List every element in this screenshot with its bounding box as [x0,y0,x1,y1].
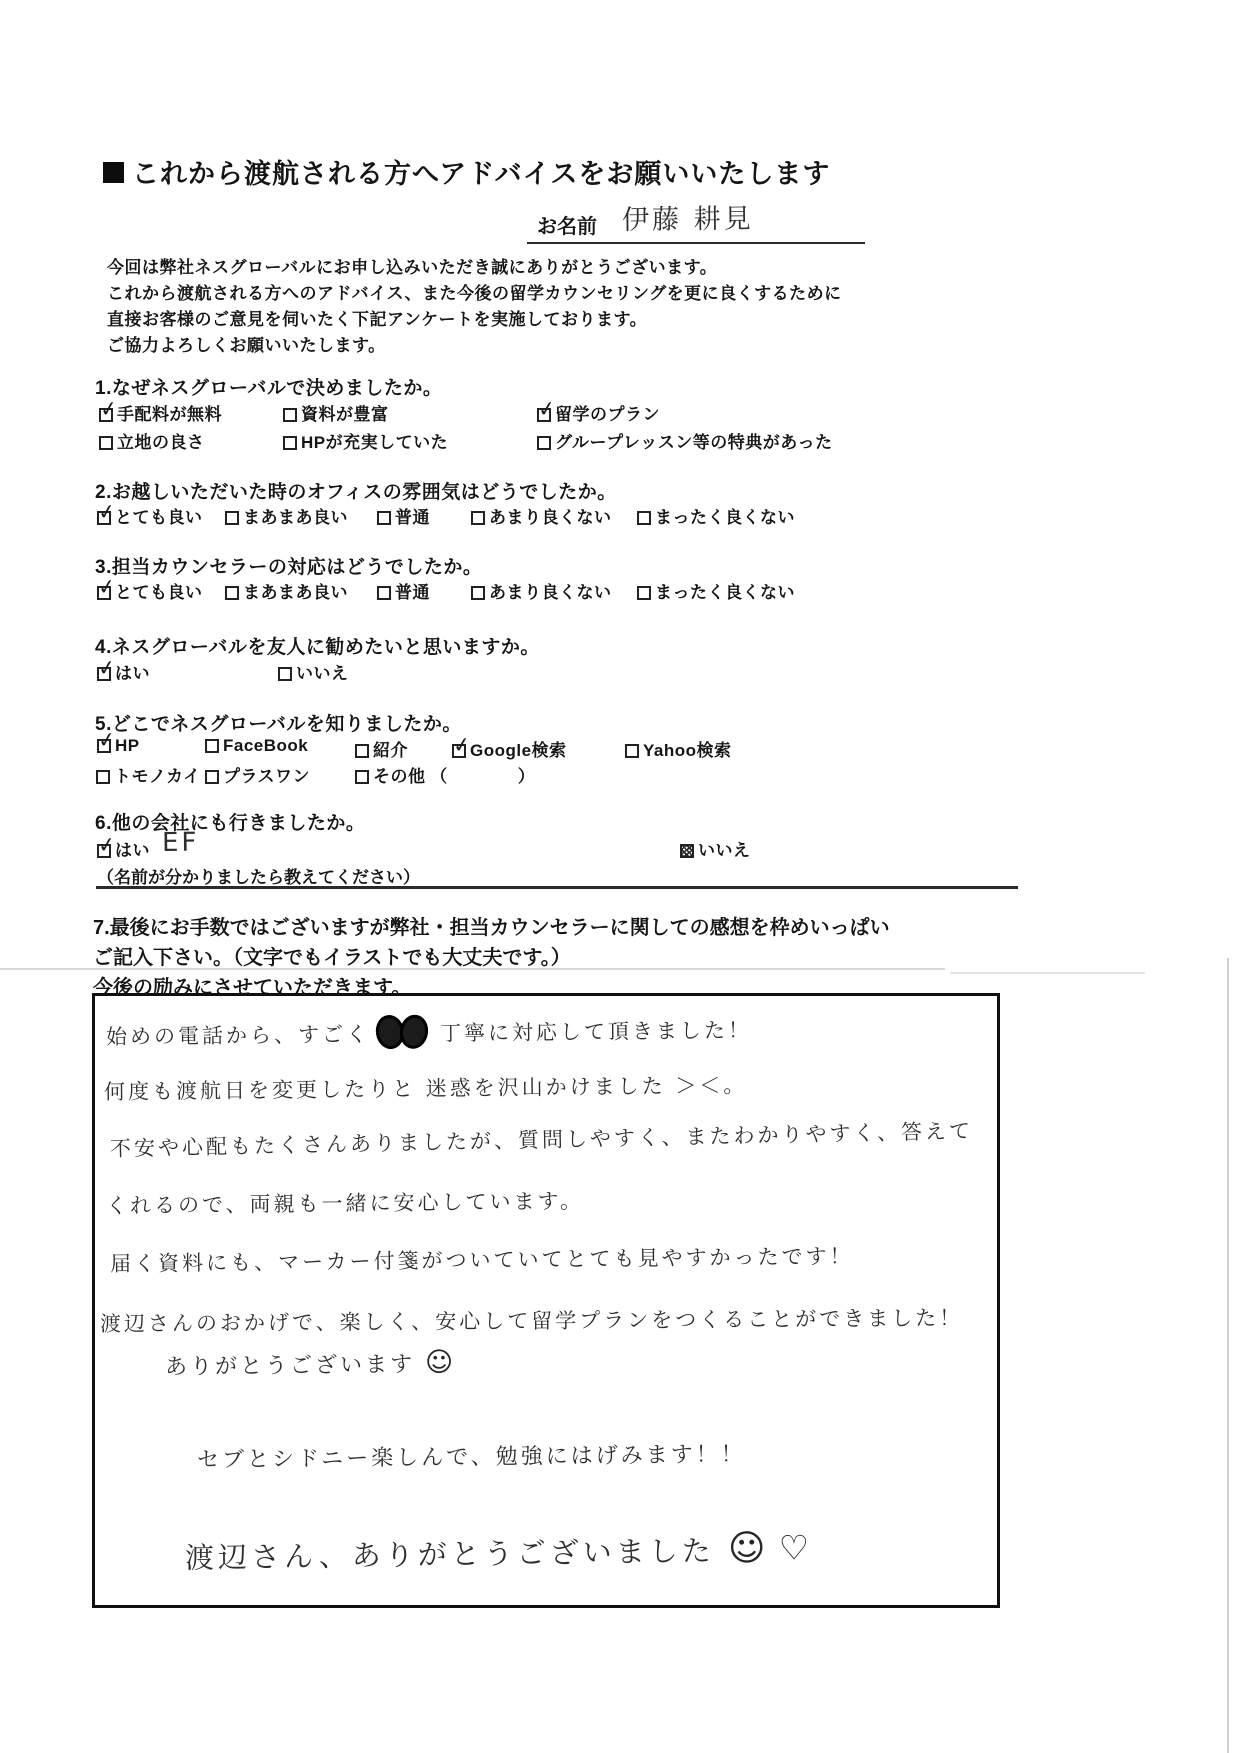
check-mark: ✓ [98,396,119,423]
question-4-title: 4.ネスグローバルを友人に勧めたいと思いますか。 [95,632,540,659]
q1-option-rich-materials: 資料が豊富 [283,400,389,425]
intro-line: 直接お客様のご意見を伺いたく下記アンケートを実施しております。 [107,307,647,332]
option-label: あまり良くない [489,508,612,527]
q1-option-study-plan: ✓留学のプラン [537,400,660,425]
question-7-line: ご記入下さい。（文字でもイラストでも大丈夫です。） [93,941,571,970]
heart-drawing: ♡ [778,1528,809,1568]
q4-option-yes: ✓はい [97,659,150,684]
option-label: 手配料が無料 [117,405,222,424]
checkbox[interactable] [625,744,639,758]
comment-line-6: 渡辺さんのおかげで、楽しく、安心して留学プランをつくることができました！ [100,1302,963,1338]
q3-option-not-very-good: あまり良くない [471,578,612,603]
checkbox-scribbled[interactable] [680,844,694,858]
comment-line-4: くれるので、両親も一緒に安心しています。 [106,1185,584,1220]
checkbox[interactable]: ✓ [97,667,111,681]
option-label: 紹介 [373,741,408,760]
q6-option-yes: ✓はい [97,836,150,861]
option-label: とても良い [115,508,203,527]
checkbox[interactable]: ✓ [97,739,111,753]
q5-option-plusone: プラスワン [205,762,310,787]
q5-option-referral: 紹介 [355,736,408,761]
option-label: プラスワン [223,767,310,786]
scanned-questionnaire-page: これから渡航される方へアドバイスをお願いいたします お名前 伊藤 耕見 今回は弊… [0,0,1240,1753]
q1-option-group-lesson-perk: グループレッスン等の特典があった [537,428,833,453]
page-title: これから渡航される方へアドバイスをお願いいたします [132,152,830,191]
checkbox[interactable] [283,408,297,422]
q2-option-not-very-good: あまり良くない [471,503,612,528]
smiley-face-drawing: ☺ [425,1347,453,1378]
option-label: はい [115,841,150,860]
checkbox[interactable] [355,744,369,758]
intro-line: これから渡航される方へのアドバイス、また今後の留学カウンセリングを更に良くするた… [107,281,842,306]
q6-answer-underline [96,886,1018,889]
checkbox[interactable] [99,436,113,450]
q3-option-normal: 普通 [377,578,430,603]
q5-option-hp: ✓HP [97,736,140,756]
checkbox[interactable] [537,436,551,450]
other-blank-parens: （ ） [430,767,535,786]
title-bullet-square [103,162,124,183]
check-mark: ✓ [96,499,117,526]
comment-line-7: ありがとうございます ☺ [165,1347,453,1381]
option-label: まったく良くない [655,508,795,527]
q1-option-location: 立地の良さ [99,428,205,453]
comment-line-8: セブとシドニー楽しんで、勉強にはげみます！！ [197,1437,746,1474]
check-mark: ✓ [96,655,117,682]
comment-line-9: 渡辺さん、ありがとうございました ☺ ♡ [185,1527,810,1577]
q1-option-good-website: HPが充実していた [283,428,448,453]
name-underline [527,242,865,244]
comment-line-1-pre: 始めの電話から、すごく [106,1022,370,1049]
comment-line-1: 始めの電話から、すごく丁寧に対応して頂きました！ [106,1011,752,1054]
scan-artifact-line [1227,958,1229,1753]
q3-option-not-good-at-all: まったく良くない [637,578,795,603]
checkbox[interactable]: ✓ [97,586,111,600]
option-label: まあまあ良い [243,508,348,527]
checkbox[interactable] [278,667,292,681]
q5-option-other: その他 （ ） [355,762,535,787]
name-label: お名前 [537,210,597,239]
checkbox[interactable] [471,511,485,525]
option-label: Google検索 [470,741,567,760]
option-label: まあまあ良い [243,583,348,602]
q6-handwritten-answer: EF [162,828,200,858]
option-label: 立地の良さ [117,433,205,452]
checkbox[interactable] [205,770,219,784]
option-label: トモノカイ [114,767,201,786]
q2-option-fairly-good: まあまあ良い [225,503,348,528]
option-label: まったく良くない [655,583,795,602]
checkbox[interactable]: ✓ [97,844,111,858]
comment-line-7-text: ありがとうございます [165,1352,415,1380]
option-label: その他 [373,767,426,786]
q2-option-not-good-at-all: まったく良くない [637,503,795,528]
option-label: HP [115,736,140,755]
q4-option-no: いいえ [278,659,349,684]
question-1-title: 1.なぜネスグローバルで決めましたか。 [95,373,442,400]
checkbox[interactable]: ✓ [537,408,551,422]
q5-option-google-search: ✓Google検索 [452,736,567,761]
option-label: 留学のプラン [555,405,660,424]
intro-line: ご協力よろしくお願いいたします。 [107,333,386,358]
q1-option-free-fee: ✓手配料が無料 [99,400,222,425]
checkbox[interactable] [283,436,297,450]
checkbox[interactable] [377,586,391,600]
scan-artifact-line [0,968,945,970]
option-label: FaceBook [223,736,308,755]
question-3-title: 3.担当カウンセラーの対応はどうでしたか。 [95,552,482,579]
check-mark: ✓ [96,832,117,859]
checkbox[interactable] [205,739,219,753]
checkbox[interactable] [471,586,485,600]
question-2-title: 2.お越しいただいた時のオフィスの雰囲気はどうでしたか。 [95,477,617,504]
scan-artifact-line [950,972,1145,974]
check-mark: ✓ [451,732,472,759]
checkbox[interactable] [225,511,239,525]
option-label: 資料が豊富 [301,405,389,424]
option-label: グループレッスン等の特典があった [555,433,833,452]
q5-option-facebook: FaceBook [205,736,308,756]
checkbox[interactable] [637,511,651,525]
checkbox[interactable]: ✓ [452,744,466,758]
question-5-title: 5.どこでネスグローバルを知りましたか。 [95,709,462,736]
scribbled-out-blob [376,1015,434,1052]
checkbox[interactable] [96,770,110,784]
check-mark: ✓ [536,396,557,423]
option-label: あまり良くない [489,583,612,602]
q5-option-tomonokai: トモノカイ [96,762,201,787]
intro-line: 今回は弊社ネスグローバルにお申し込みいただき誠にありがとうございます。 [107,255,717,280]
option-label: とても良い [115,583,203,602]
question-7-line: 7.最後にお手数ではございますが弊社・担当カウンセラーに関しての感想を枠めいっぱ… [93,911,890,940]
option-label: Yahoo検索 [643,741,732,760]
name-handwritten-value: 伊藤 耕見 [622,197,754,237]
option-label: HPが充実していた [301,433,448,452]
checkbox[interactable] [355,770,369,784]
checkbox[interactable]: ✓ [99,408,113,422]
option-label: 普通 [395,508,430,527]
q6-note: （名前が分かりましたら教えてください） [97,863,420,888]
comment-line-1-post: 丁寧に対応して頂きました！ [440,1018,752,1045]
option-label: 普通 [395,583,430,602]
question-6-title: 6.他の会社にも行きましたか。 [95,808,365,835]
q3-option-very-good: ✓とても良い [97,578,203,603]
checkbox[interactable] [225,586,239,600]
q6-option-no: いいえ [680,836,751,861]
checkbox[interactable]: ✓ [97,511,111,525]
check-mark: ✓ [96,574,117,601]
q5-option-yahoo-search: Yahoo検索 [625,736,732,761]
q3-option-fairly-good: まあまあ良い [225,578,348,603]
option-label: いいえ [296,664,349,683]
check-mark: ✓ [96,727,117,754]
comment-line-9-text: 渡辺さん、ありがとうございました [185,1534,715,1575]
q2-option-normal: 普通 [377,503,430,528]
smiley-face-drawing: ☺ [728,1528,766,1570]
checkbox[interactable] [637,586,651,600]
q2-option-very-good: ✓とても良い [97,503,203,528]
checkbox[interactable] [377,511,391,525]
option-label: はい [115,664,150,683]
option-label: いいえ [698,841,751,860]
